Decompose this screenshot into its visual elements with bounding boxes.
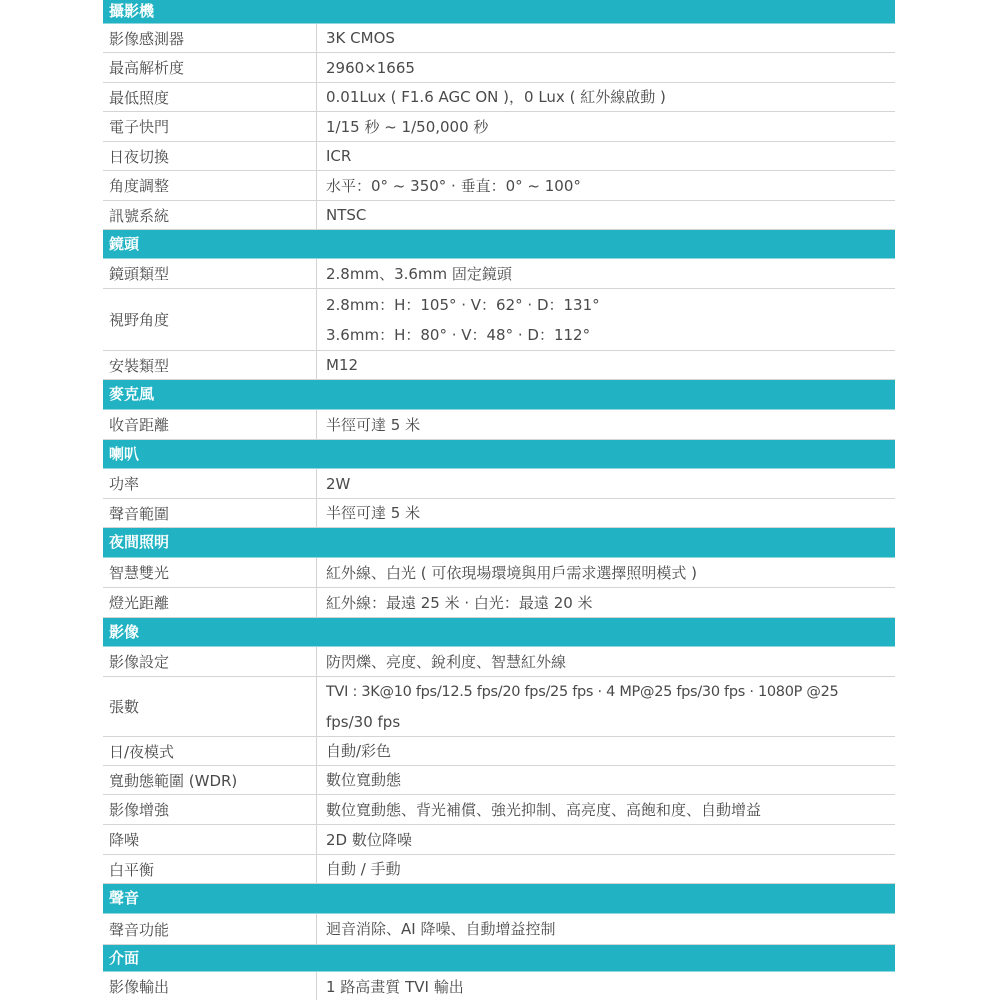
- spec-label: 電子快門: [103, 112, 317, 141]
- table-row: 最低照度 0.01Lux ( F1.6 AGC ON )，0 Lux ( 紅外線…: [103, 83, 895, 112]
- spec-value-line: 迴音消除、AI 降噪、自動增益控制: [326, 914, 895, 944]
- spec-value-line: 2D 數位降噪: [326, 825, 895, 855]
- spec-value-line: 自動/彩色: [326, 736, 895, 766]
- spec-value: 2D 數位降噪: [317, 825, 895, 854]
- spec-value: M12: [317, 351, 895, 379]
- spec-label: 降噪: [103, 825, 317, 854]
- spec-value: NTSC: [317, 201, 895, 229]
- table-row: 影像感測器 3K CMOS: [103, 24, 895, 53]
- table-row: 智慧雙光 紅外線、白光 ( 可依現場環境與用戶需求選擇照明模式 ): [103, 558, 895, 588]
- table-row: 燈光距離 紅外線：最遠 25 米 · 白光：最遠 20 米: [103, 588, 895, 618]
- section-header-speaker: 喇叭: [103, 440, 895, 469]
- spec-value: 2960×1665: [317, 53, 895, 82]
- spec-label: 安裝類型: [103, 351, 317, 379]
- spec-label: 聲音功能: [103, 914, 317, 944]
- table-row: 張數 TVI : 3K@10 fps/12.5 fps/20 fps/25 fp…: [103, 677, 895, 737]
- spec-value: 3K CMOS: [317, 24, 895, 52]
- table-row: 聲音範圍 半徑可達 5 米: [103, 499, 895, 528]
- spec-label: 功率: [103, 469, 317, 498]
- spec-value: ICR: [317, 142, 895, 170]
- spec-value: 2.8mm：H：105° · V：62° · D：131° 3.6mm：H：80…: [317, 289, 895, 350]
- spec-value-line: 數位寬動態: [326, 765, 895, 795]
- spec-value: 紅外線、白光 ( 可依現場環境與用戶需求選擇照明模式 ): [317, 558, 895, 587]
- spec-value: TVI : 3K@10 fps/12.5 fps/20 fps/25 fps ·…: [317, 677, 895, 736]
- spec-value-line: fps/30 fps: [326, 707, 895, 737]
- table-row: 安裝類型 M12: [103, 351, 895, 380]
- spec-label: 影像增強: [103, 795, 317, 824]
- table-row: 影像設定 防閃爍、亮度、銳利度、智慧紅外線: [103, 647, 895, 677]
- spec-value-line: 2960×1665: [326, 53, 895, 83]
- spec-label: 寬動態範圍 (WDR): [103, 766, 317, 794]
- spec-value-line: 2W: [326, 469, 895, 499]
- spec-label: 最高解析度: [103, 53, 317, 82]
- spec-label: 白平衡: [103, 855, 317, 883]
- section-header-lens: 鏡頭: [103, 230, 895, 259]
- table-row: 日/夜模式 自動/彩色: [103, 737, 895, 766]
- spec-value-line: M12: [326, 350, 895, 380]
- spec-value-line: 0.01Lux ( F1.6 AGC ON )，0 Lux ( 紅外線啟動 ): [326, 82, 895, 112]
- spec-value-line: 2.8mm、3.6mm 固定鏡頭: [326, 259, 895, 289]
- section-header-microphone: 麥克風: [103, 380, 895, 410]
- spec-label: 訊號系統: [103, 201, 317, 229]
- spec-value: 自動/彩色: [317, 737, 895, 765]
- spec-value: 半徑可達 5 米: [317, 410, 895, 439]
- spec-table: 攝影機 影像感測器 3K CMOS 最高解析度 2960×1665 最低照度 0…: [103, 0, 895, 1000]
- table-row: 電子快門 1/15 秒 ~ 1/50,000 秒: [103, 112, 895, 142]
- spec-label: 張數: [103, 677, 317, 736]
- spec-value: 防閃爍、亮度、銳利度、智慧紅外線: [317, 647, 895, 676]
- table-row: 訊號系統 NTSC: [103, 201, 895, 230]
- spec-value-line: 紅外線：最遠 25 米 · 白光：最遠 20 米: [326, 588, 895, 618]
- table-row: 功率 2W: [103, 469, 895, 499]
- section-header-interface: 介面: [103, 945, 895, 972]
- spec-label: 聲音範圍: [103, 499, 317, 527]
- spec-value-line: 自動 / 手動: [326, 854, 895, 884]
- spec-value-line: 數位寬動態、背光補償、強光抑制、高亮度、高飽和度、自動增益: [326, 795, 895, 825]
- spec-label: 燈光距離: [103, 588, 317, 617]
- table-row: 鏡頭類型 2.8mm、3.6mm 固定鏡頭: [103, 259, 895, 289]
- spec-label: 影像感測器: [103, 24, 317, 52]
- spec-value: 1 路高畫質 TVI 輸出: [317, 972, 895, 1000]
- table-row: 降噪 2D 數位降噪: [103, 825, 895, 855]
- spec-value-line: ICR: [326, 141, 895, 171]
- spec-value-line: 半徑可達 5 米: [326, 410, 895, 440]
- spec-label: 日夜切換: [103, 142, 317, 170]
- spec-value-line: 半徑可達 5 米: [326, 498, 895, 528]
- spec-label: 視野角度: [103, 289, 317, 350]
- section-header-image: 影像: [103, 618, 895, 647]
- table-row: 影像輸出 1 路高畫質 TVI 輸出: [103, 972, 895, 1000]
- table-row: 日夜切換 ICR: [103, 142, 895, 171]
- spec-value-line: NTSC: [326, 200, 895, 230]
- spec-value: 2.8mm、3.6mm 固定鏡頭: [317, 259, 895, 288]
- table-row: 收音距離 半徑可達 5 米: [103, 410, 895, 440]
- spec-value-line: 3K CMOS: [326, 23, 895, 53]
- table-row: 角度調整 水平：0° ~ 350° · 垂直：0° ~ 100°: [103, 171, 895, 201]
- spec-value-line: 3.6mm：H：80° · V：48° · D：112°: [326, 320, 895, 350]
- spec-value-line: TVI : 3K@10 fps/12.5 fps/20 fps/25 fps ·…: [326, 677, 895, 707]
- section-header-night-lighting: 夜間照明: [103, 528, 895, 558]
- spec-label: 影像設定: [103, 647, 317, 676]
- spec-value-line: 1/15 秒 ~ 1/50,000 秒: [326, 112, 895, 142]
- spec-value-line: 1 路高畫質 TVI 輸出: [326, 972, 895, 1000]
- section-header-audio: 聲音: [103, 884, 895, 914]
- spec-label: 智慧雙光: [103, 558, 317, 587]
- spec-value: 紅外線：最遠 25 米 · 白光：最遠 20 米: [317, 588, 895, 617]
- table-row: 聲音功能 迴音消除、AI 降噪、自動增益控制: [103, 914, 895, 945]
- spec-value-line: 2.8mm：H：105° · V：62° · D：131°: [326, 290, 895, 320]
- spec-label: 鏡頭類型: [103, 259, 317, 288]
- table-row: 最高解析度 2960×1665: [103, 53, 895, 83]
- table-row: 寬動態範圍 (WDR) 數位寬動態: [103, 766, 895, 795]
- spec-value: 數位寬動態: [317, 766, 895, 794]
- spec-value: 數位寬動態、背光補償、強光抑制、高亮度、高飽和度、自動增益: [317, 795, 895, 824]
- spec-value: 1/15 秒 ~ 1/50,000 秒: [317, 112, 895, 141]
- spec-value: 2W: [317, 469, 895, 498]
- spec-value: 半徑可達 5 米: [317, 499, 895, 527]
- spec-label: 日/夜模式: [103, 737, 317, 765]
- table-row: 影像增強 數位寬動態、背光補償、強光抑制、高亮度、高飽和度、自動增益: [103, 795, 895, 825]
- table-row: 視野角度 2.8mm：H：105° · V：62° · D：131° 3.6mm…: [103, 289, 895, 351]
- spec-value-line: 紅外線、白光 ( 可依現場環境與用戶需求選擇照明模式 ): [326, 558, 895, 588]
- spec-value: 迴音消除、AI 降噪、自動增益控制: [317, 914, 895, 944]
- spec-label: 角度調整: [103, 171, 317, 200]
- spec-label: 最低照度: [103, 83, 317, 111]
- spec-label: 影像輸出: [103, 972, 317, 1000]
- spec-label: 收音距離: [103, 410, 317, 439]
- spec-value: 自動 / 手動: [317, 855, 895, 883]
- table-row: 白平衡 自動 / 手動: [103, 855, 895, 884]
- spec-value: 0.01Lux ( F1.6 AGC ON )，0 Lux ( 紅外線啟動 ): [317, 83, 895, 111]
- spec-value-line: 水平：0° ~ 350° · 垂直：0° ~ 100°: [326, 171, 895, 201]
- spec-value: 水平：0° ~ 350° · 垂直：0° ~ 100°: [317, 171, 895, 200]
- section-header-camera: 攝影機: [103, 0, 895, 24]
- spec-value-line: 防閃爍、亮度、銳利度、智慧紅外線: [326, 647, 895, 677]
